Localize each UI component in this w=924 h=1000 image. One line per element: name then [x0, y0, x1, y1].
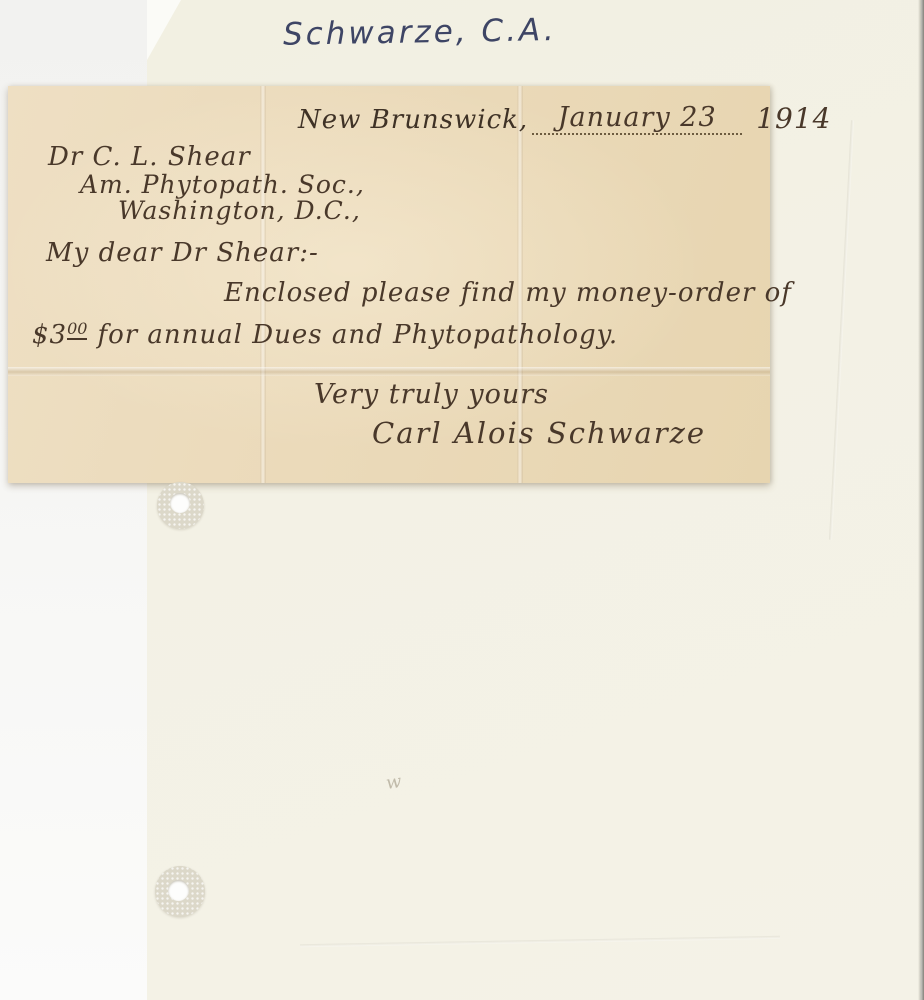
- amount-dollars: $3: [32, 320, 67, 350]
- salutation: My dear Dr Shear:-: [46, 238, 319, 268]
- body-line-1: Enclosed please find my money-order of: [224, 278, 792, 308]
- archival-annotation: Schwarze, C.A.: [283, 11, 604, 53]
- punch-hole-top: [170, 493, 190, 513]
- body-line-2: $300for annual Dues and Phytopathology.: [32, 319, 618, 350]
- recipient-city: Washington, D.C.,: [118, 196, 361, 225]
- pencil-smudge: w: [385, 771, 403, 794]
- backing-sheet-right-edge: [918, 0, 924, 1000]
- dateline-blank-with-date: January 23: [532, 104, 742, 135]
- signature: Carl Alois Schwarze: [372, 416, 706, 450]
- letter-sheet: New Brunswick, January 23 1914 Dr C. L. …: [8, 86, 770, 483]
- dateline: New Brunswick, January 23 1914: [298, 102, 831, 135]
- punch-hole-bottom: [168, 880, 189, 901]
- recipient-name: Dr C. L. Shear: [48, 142, 251, 172]
- punch-hole-reinforcement-top: [157, 482, 204, 529]
- dateline-year: 1914: [756, 102, 831, 135]
- amount-cents: 00: [67, 319, 87, 340]
- scan-bed: Schwarze, C.A. New Brunswick, January 23…: [0, 0, 924, 1000]
- punch-hole-reinforcement-bottom: [155, 866, 205, 917]
- closing-line: Very truly yours: [314, 379, 549, 410]
- dateline-place: New Brunswick,: [298, 105, 532, 135]
- recipient-organization: Am. Phytopath. Soc.,: [80, 170, 365, 199]
- body-line-2-rest: for annual Dues and Phytopathology.: [97, 320, 618, 350]
- horizontal-fold-line: [8, 367, 770, 376]
